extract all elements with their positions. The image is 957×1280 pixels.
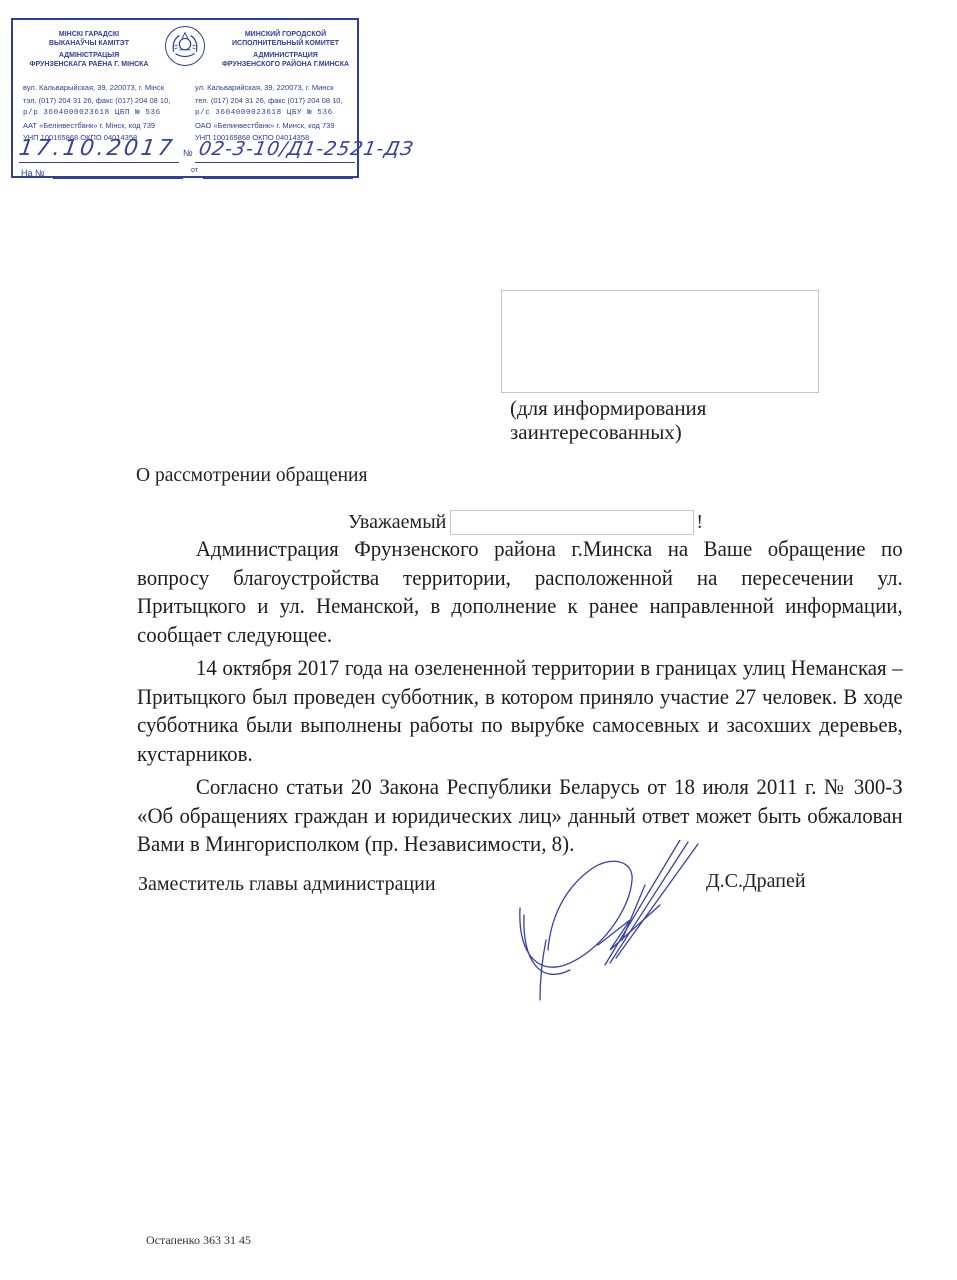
stamp-bank: ААТ «Белінвестбанк» г. Мінск, код 739 — [23, 120, 170, 133]
stamp-line: МІНСКІ ГАРАДСКІ — [19, 30, 159, 39]
addressee-note-line: (для информирования — [510, 396, 706, 420]
stamp-line: МИНСКИЙ ГОРОДСКОЙ — [213, 30, 358, 39]
stamp-reply-line — [53, 178, 183, 179]
stamp-account: р/с 3604000023618 ЦБУ № 536 — [195, 107, 343, 120]
signatory-name: Д.С.Драпей — [706, 870, 806, 893]
body-paragraph: 14 октября 2017 года на озелененной терр… — [137, 654, 903, 768]
greeting-prefix: Уважаемый — [348, 511, 446, 534]
coat-of-arms-icon — [165, 26, 205, 66]
stamp-reply-to-label: На № — [21, 168, 45, 178]
stamp-line: АДМИНИСТРАЦИЯ — [213, 51, 358, 60]
stamp-account: р/р 3604000023618 ЦБП № 536 — [23, 107, 170, 120]
stamp-address: вул. Кальварыйская, 39, 220073, г. Мінск — [23, 82, 170, 95]
stamp-number-label: № — [183, 148, 193, 158]
stamp-phone: тэл. (017) 204 31 26, факс (017) 204 08 … — [23, 95, 170, 108]
letter-body: Администрация Фрунзенского района г.Минс… — [137, 535, 903, 859]
stamp-phone: тел. (017) 204 31 26, факс (017) 204 08 … — [195, 95, 343, 108]
stamp-address: ул. Кальварийская, 39, 220073, г. Минск — [195, 82, 343, 95]
stamp-line: ИСПОЛНИТЕЛЬНЫЙ КОМИТЕТ — [213, 39, 358, 48]
greeting: Уважаемый ! — [348, 510, 703, 535]
registration-stamp: МІНСКІ ГАРАДСКІ ВЫКАНАЎЧЫ КАМІТЭТ АДМІНІ… — [11, 18, 359, 178]
stamp-handwritten-number: 02-3-10/Д1-2521-ДЗ — [197, 138, 415, 160]
signatory-position: Заместитель главы администрации — [138, 873, 436, 896]
stamp-header-russian: МИНСКИЙ ГОРОДСКОЙ ИСПОЛНИТЕЛЬНЫЙ КОМИТЕТ… — [213, 30, 358, 69]
greeting-suffix: ! — [696, 511, 703, 534]
addressee-redacted-box — [501, 290, 819, 393]
stamp-details-russian: ул. Кальварийская, 39, 220073, г. Минск … — [195, 82, 343, 145]
body-paragraph: Администрация Фрунзенского района г.Минс… — [137, 535, 903, 649]
stamp-header-belarusian: МІНСКІ ГАРАДСКІ ВЫКАНАЎЧЫ КАМІТЭТ АДМІНІ… — [19, 30, 159, 69]
executor-contact: Остапенко 363 31 45 — [146, 1233, 251, 1248]
stamp-line: ВЫКАНАЎЧЫ КАМІТЭТ — [19, 39, 159, 48]
stamp-line: ФРУНЗЕНСКОГО РАЙОНА Г.МИНСКА — [213, 60, 358, 69]
stamp-line: ФРУНЗЕНСКАГА РАЁНА Г. МІНСКА — [19, 60, 159, 69]
recipient-name-redacted — [450, 510, 694, 535]
stamp-from-line — [203, 178, 353, 179]
handwritten-signature — [510, 840, 760, 1010]
stamp-bank: ОАО «Белинвестбанк» г. Минск, код 739 — [195, 120, 343, 133]
addressee-note: (для информирования заинтересованных) — [510, 396, 706, 444]
stamp-handwritten-date: 17.10.2017 — [17, 136, 181, 161]
stamp-line: АДМІНІСТРАЦЫЯ — [19, 51, 159, 60]
stamp-from-label: от — [191, 167, 198, 174]
stamp-number-line — [195, 162, 355, 163]
stamp-date-line — [19, 162, 179, 163]
addressee-note-line: заинтересованных) — [510, 420, 706, 444]
letter-subject: О рассмотрении обращения — [136, 465, 367, 487]
